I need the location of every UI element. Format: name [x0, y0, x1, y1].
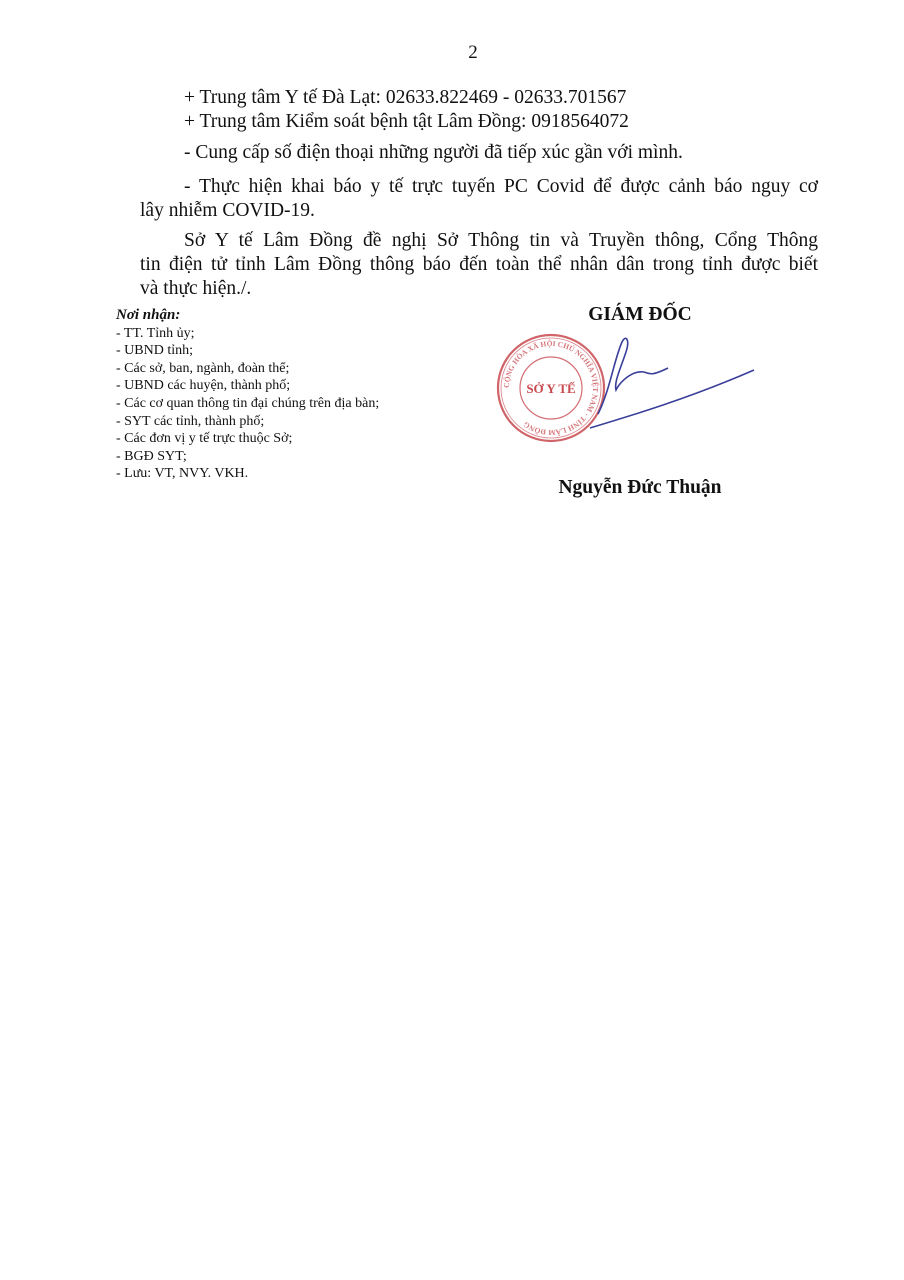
- signer-name: Nguyễn Đức Thuận: [520, 477, 760, 499]
- page-number: 2: [0, 42, 904, 64]
- handwritten-signature-icon: [540, 330, 760, 440]
- recipient-item: - TT. Tỉnh ủy;: [116, 325, 379, 343]
- recipient-item: - UBND tỉnh;: [116, 342, 379, 360]
- recipient-item: - Các cơ quan thông tin đại chúng trên đ…: [116, 395, 379, 413]
- request-paragraph-line1: Sở Y tế Lâm Đồng đề nghị Sở Thông tin và…: [140, 229, 818, 253]
- recipient-item: - Lưu: VT, NVY. VKH.: [116, 465, 379, 483]
- recipient-item: - Các đơn vị y tế trực thuộc Sở;: [116, 430, 379, 448]
- contact-line-dalat: + Trung tâm Y tế Đà Lạt: 02633.822469 - …: [184, 86, 626, 110]
- signer-title: GIÁM ĐỐC: [520, 304, 760, 326]
- instruction-provide-contacts: - Cung cấp số điện thoại những người đã …: [184, 141, 683, 165]
- recipients-list: Nơi nhận: - TT. Tỉnh ủy; - UBND tỉnh; - …: [116, 307, 379, 483]
- recipient-item: - UBND các huyện, thành phố;: [116, 377, 379, 395]
- recipients-title: Nơi nhận:: [116, 307, 379, 325]
- request-paragraph-line2: tin điện tử tỉnh Lâm Đồng thông báo đến …: [140, 253, 818, 277]
- recipient-item: - Các sở, ban, ngành, đoàn thể;: [116, 360, 379, 378]
- instruction-health-declaration: - Thực hiện khai báo y tế trực tuyến PC …: [140, 175, 818, 199]
- contact-line-cdc: + Trung tâm Kiểm soát bệnh tật Lâm Đồng:…: [184, 110, 629, 134]
- request-paragraph-line3: và thực hiện./.: [140, 277, 251, 301]
- instruction-health-declaration-cont: lây nhiễm COVID-19.: [140, 199, 315, 223]
- recipient-item: - BGĐ SYT;: [116, 448, 379, 466]
- recipient-item: - SYT các tỉnh, thành phố;: [116, 413, 379, 431]
